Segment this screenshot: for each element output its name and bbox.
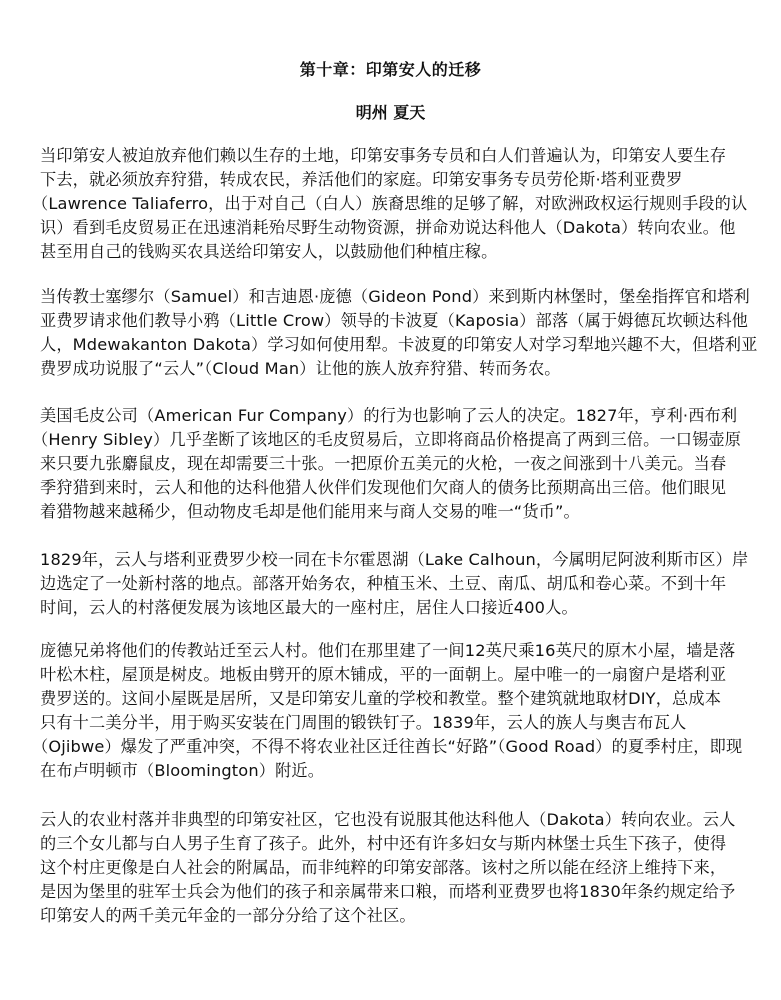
paragraph-line: 时间，云人的村落便发展为该地区最大的一座村庄，居住人口接近400人。 <box>40 596 760 620</box>
paragraph-line: 这个村庄更像是白人社会的附属品，而非纯粹的印第安部落。该村之所以能在经济上维持下… <box>40 856 760 880</box>
paragraph-line: （Henry Sibley）几乎垄断了该地区的毛皮贸易后，立即将商品价格提高了两… <box>32 428 760 452</box>
paragraph-line: 识）看到毛皮贸易正在迅速消耗殆尽野生动物资源，拼命劝说达科他人（Dakota）转… <box>40 216 760 240</box>
paragraph-line: 叶松木柱，屋顶是树皮。地板由劈开的原木铺成，平的一面朝上。屋中唯一的一扇窗户是塔… <box>40 663 760 687</box>
paragraph-line: 下去，就必须放弃狩猎，转成农民，养活他们的家庭。印第安事务专员劳伦斯·塔利亚费罗 <box>40 168 760 192</box>
paragraph-line: 是因为堡里的驻军士兵会为他们的孩子和亲属带来口粮，而塔利亚费罗也将1830年条约… <box>40 880 760 904</box>
paragraph-6: 云人的农业村落并非典型的印第安社区，它也没有说服其他达科他人（Dakota）转向… <box>40 808 760 928</box>
paragraph-line: 边选定了一处新村落的地点。部落开始务农，种植玉米、土豆、南瓜、胡瓜和卷心菜。不到… <box>40 572 760 596</box>
paragraph-line: 当印第安人被迫放弃他们赖以生存的土地，印第安事务专员和白人们普遍认为，印第安人要… <box>40 144 760 168</box>
paragraph-line: （Lawrence Taliaferro，出于对自己（白人）族裔思维的足够了解，… <box>32 192 760 216</box>
paragraph-3: 美国毛皮公司（American Fur Company）的行为也影响了云人的决定… <box>40 404 760 524</box>
author-name: 明州 夏天 <box>0 100 781 123</box>
paragraph-line: 着猎物越来越稀少，但动物皮毛却是他们能用来与商人交易的唯一“货币”。 <box>40 500 760 524</box>
paragraph-line: 甚至用自己的钱购买农具送给印第安人，以鼓励他们种植庄稼。 <box>40 240 760 264</box>
paragraph-line: 费罗送的。这间小屋既是居所，又是印第安儿童的学校和教堂。整个建筑就地取材DIY，… <box>40 687 760 711</box>
paragraph-line: 当传教士塞缪尔（Samuel）和吉迪恩·庞德（Gideon Pond）来到斯内林… <box>40 285 760 309</box>
paragraph-line: 只有十二美分半，用于购买安装在门周围的锻铁钉子。1839年，云人的族人与奥吉布瓦… <box>40 711 760 735</box>
paragraph-line: 美国毛皮公司（American Fur Company）的行为也影响了云人的决定… <box>40 404 760 428</box>
paragraph-line: 来只要九张麝鼠皮，现在却需要三十张。一把原价五美元的火枪，一夜之间涨到十八美元。… <box>40 452 760 476</box>
paragraph-1: 当印第安人被迫放弃他们赖以生存的土地，印第安事务专员和白人们普遍认为，印第安人要… <box>40 144 760 264</box>
paragraph-2: 当传教士塞缪尔（Samuel）和吉迪恩·庞德（Gideon Pond）来到斯内林… <box>40 285 760 381</box>
paragraph-line: 季狩猎到来时，云人和他的达科他猎人伙伴们发现他们欠商人的债务比预期高出三倍。他们… <box>40 476 760 500</box>
paragraph-line: 庞德兄弟将他们的传教站迁至云人村。他们在那里建了一间12英尺乘16英尺的原木小屋… <box>40 639 760 663</box>
paragraph-line: 印第安人的两千美元年金的一部分分给了这个社区。 <box>40 904 760 928</box>
document-page: 第十章：印第安人的迁移 明州 夏天 当印第安人被迫放弃他们赖以生存的土地，印第安… <box>0 0 781 1000</box>
paragraph-line: 1829年，云人与塔利亚费罗少校一同在卡尔霍恩湖（Lake Calhoun，今属… <box>40 548 760 572</box>
paragraph-line: 费罗成功说服了“云人”（Cloud Man）让他的族人放弃狩猎、转而务农。 <box>40 357 760 381</box>
paragraph-line: 云人的农业村落并非典型的印第安社区，它也没有说服其他达科他人（Dakota）转向… <box>40 808 760 832</box>
paragraph-line: 在布卢明顿市（Bloomington）附近。 <box>40 759 760 783</box>
paragraph-line: 亚费罗请求他们教导小鸦（Little Crow）领导的卡波夏（Kaposia）部… <box>40 309 760 333</box>
chapter-title: 第十章：印第安人的迁移 <box>0 57 781 80</box>
paragraph-5: 庞德兄弟将他们的传教站迁至云人村。他们在那里建了一间12英尺乘16英尺的原木小屋… <box>40 639 760 783</box>
paragraph-line: 的三个女儿都与白人男子生育了孩子。此外，村中还有许多妇女与斯内林堡士兵生下孩子，… <box>40 832 760 856</box>
paragraph-line: 人，Mdewakanton Dakota）学习如何使用犁。卡波夏的印第安人对学习… <box>40 333 760 357</box>
paragraph-line: （Ojibwe）爆发了严重冲突，不得不将农业社区迁往酋长“好路”（Good Ro… <box>32 735 760 759</box>
paragraph-4: 1829年，云人与塔利亚费罗少校一同在卡尔霍恩湖（Lake Calhoun，今属… <box>40 548 760 620</box>
